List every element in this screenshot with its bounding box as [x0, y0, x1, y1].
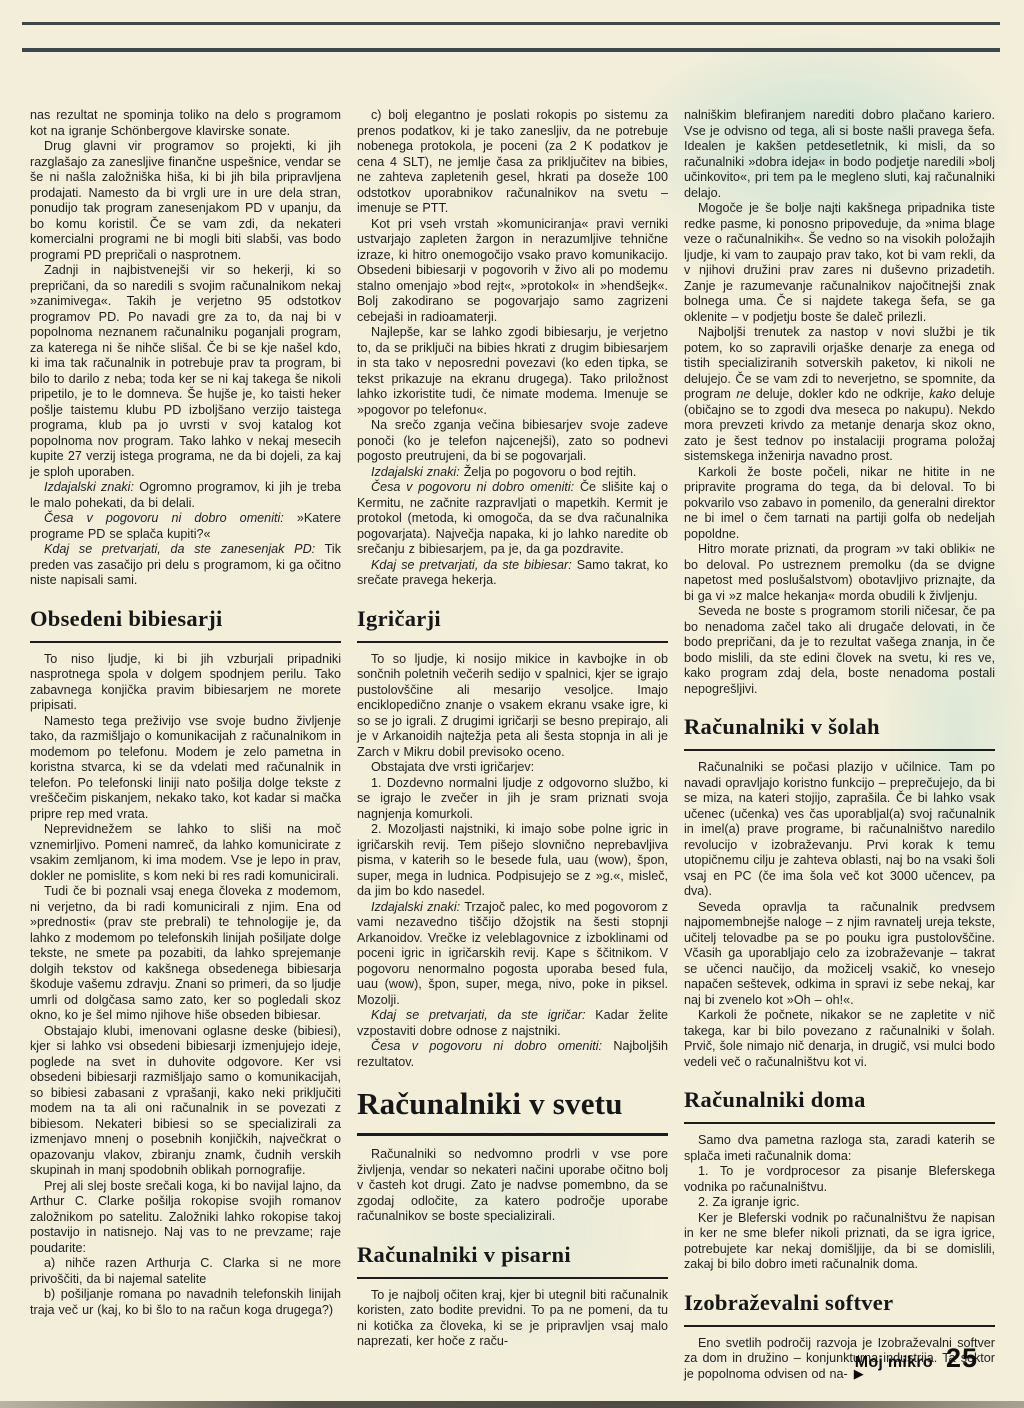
- paragraph: Kot pri vseh vrstah »komuniciranja« prav…: [357, 217, 668, 326]
- paragraph: Izdajalski znaki: Želja po pogovoru o bo…: [357, 465, 668, 481]
- paragraph: 2. Za igranje igric.: [684, 1195, 995, 1211]
- paragraph: Česa v pogovoru ni dobro omeniti: Če sli…: [357, 480, 668, 558]
- paragraph: Kdaj se pretvarjati, da ste igričar: Kad…: [357, 1008, 668, 1039]
- section-heading: Računalniki doma: [684, 1087, 995, 1124]
- section-heading: Računalniki v šolah: [684, 714, 995, 751]
- article-heading: Računalniki v svetu: [357, 1086, 668, 1136]
- paragraph: Prej ali slej boste srečali koga, ki bo …: [30, 1179, 341, 1257]
- paragraph: Kdaj se pretvarjati, da ste bibiesar: Sa…: [357, 558, 668, 589]
- paragraph: nalniškim blefiranjem narediti dobro pla…: [684, 108, 995, 201]
- section-heading: Obsedeni bibiesarji: [30, 606, 341, 643]
- paragraph: Seveda opravlja ta računalnik predvsem n…: [684, 900, 995, 1009]
- magazine-name: Moj mikro: [855, 1354, 933, 1372]
- paragraph: Ker je Bleferski vodnik po računalništvu…: [684, 1211, 995, 1273]
- paragraph: Tudi če bi poznali vsaj enega človeka z …: [30, 884, 341, 1024]
- paragraph: Namesto tega preživijo vse svoje budno ž…: [30, 714, 341, 823]
- article-columns: nas rezultat ne spominja toliko na delo …: [30, 108, 994, 1382]
- paragraph: 1. To je vordprocesor za pisanje Blefers…: [684, 1164, 995, 1195]
- paragraph: Mogoče je še bolje najti kakšnega pripad…: [684, 201, 995, 325]
- column-2: c) bolj elegantno je poslati rokopis po …: [357, 108, 668, 1350]
- paragraph: Izdajalski znaki: Ogromno programov, ki …: [30, 480, 341, 511]
- magazine-page: nas rezultat ne spominja toliko na delo …: [0, 0, 1024, 1408]
- paragraph: a) nihče razen Arthurja C. Clarka si ne …: [30, 1256, 341, 1287]
- paragraph: To je najbolj očiten kraj, kjer bi utegn…: [357, 1288, 668, 1350]
- page-footer: Moj mikro 25: [855, 1343, 978, 1374]
- column-1: nas rezultat ne spominja toliko na delo …: [30, 108, 341, 1318]
- section-heading: Računalniki v pisarni: [357, 1242, 668, 1279]
- column-3: nalniškim blefiranjem narediti dobro pla…: [684, 108, 995, 1382]
- paragraph: Česa v pogovoru ni dobro omeniti: Najbol…: [357, 1039, 668, 1070]
- paragraph: Seveda ne boste s programom storili niče…: [684, 604, 995, 697]
- paragraph: Na srečo zganja večina bibiesarjev svoje…: [357, 418, 668, 465]
- section-heading: Izobraževalni softver: [684, 1290, 995, 1327]
- page-number: 25: [946, 1343, 978, 1374]
- paragraph: b) pošiljanje romana po navadnih telefon…: [30, 1287, 341, 1318]
- paragraph: Zadnji in najbistvenejši vir so hekerji,…: [30, 263, 341, 480]
- paragraph: Karkoli že počnete, nikakor se ne zaplet…: [684, 1008, 995, 1070]
- paragraph: Računalniki se počasi plazijo v učilnice…: [684, 760, 995, 900]
- paragraph: nas rezultat ne spominja toliko na delo …: [30, 108, 341, 139]
- paragraph: Obstajajo klubi, imenovani oglasne deske…: [30, 1024, 341, 1179]
- paragraph: Izdajalski znaki: Trzajoč palec, ko med …: [357, 900, 668, 1009]
- paragraph: c) bolj elegantno je poslati rokopis po …: [357, 108, 668, 217]
- paragraph: Obstajata dve vrsti igričarjev:: [357, 760, 668, 776]
- paragraph: Kdaj se pretvarjati, da ste zanesenjak P…: [30, 542, 341, 589]
- paragraph: 2. Mozoljasti najstniki, ki imajo sobe p…: [357, 822, 668, 900]
- scan-bottom-edge: [0, 1401, 1024, 1408]
- paragraph: To niso ljudje, ki bi jih vzburjali prip…: [30, 652, 341, 714]
- paragraph: Računalniki so nedvomno prodrli v vse po…: [357, 1147, 668, 1225]
- top-rule-thin: [22, 22, 1000, 25]
- paragraph: Karkoli že boste počeli, nikar ne hitite…: [684, 465, 995, 543]
- top-rule-thick: [22, 48, 1000, 52]
- paragraph: Hitro morate priznati, da program »v tak…: [684, 542, 995, 604]
- paragraph: Najlepše, kar se lahko zgodi bibiesarju,…: [357, 325, 668, 418]
- section-heading: Igričarji: [357, 606, 668, 643]
- paragraph: To so ljudje, ki nosijo mikice in kavboj…: [357, 652, 668, 761]
- paragraph: Samo dva pametna razloga sta, zaradi kat…: [684, 1133, 995, 1164]
- paragraph: Česa v pogovoru ni dobro omeniti: »Kater…: [30, 511, 341, 542]
- paragraph: Najboljši trenutek za nastop v novi služ…: [684, 325, 995, 465]
- paragraph: Drug glavni vir programov so projekti, k…: [30, 139, 341, 263]
- paragraph: Neprevidnežem se lahko to sliši na moč v…: [30, 822, 341, 884]
- paragraph: 1. Dozdevno normalni ljudje z odgovorno …: [357, 776, 668, 823]
